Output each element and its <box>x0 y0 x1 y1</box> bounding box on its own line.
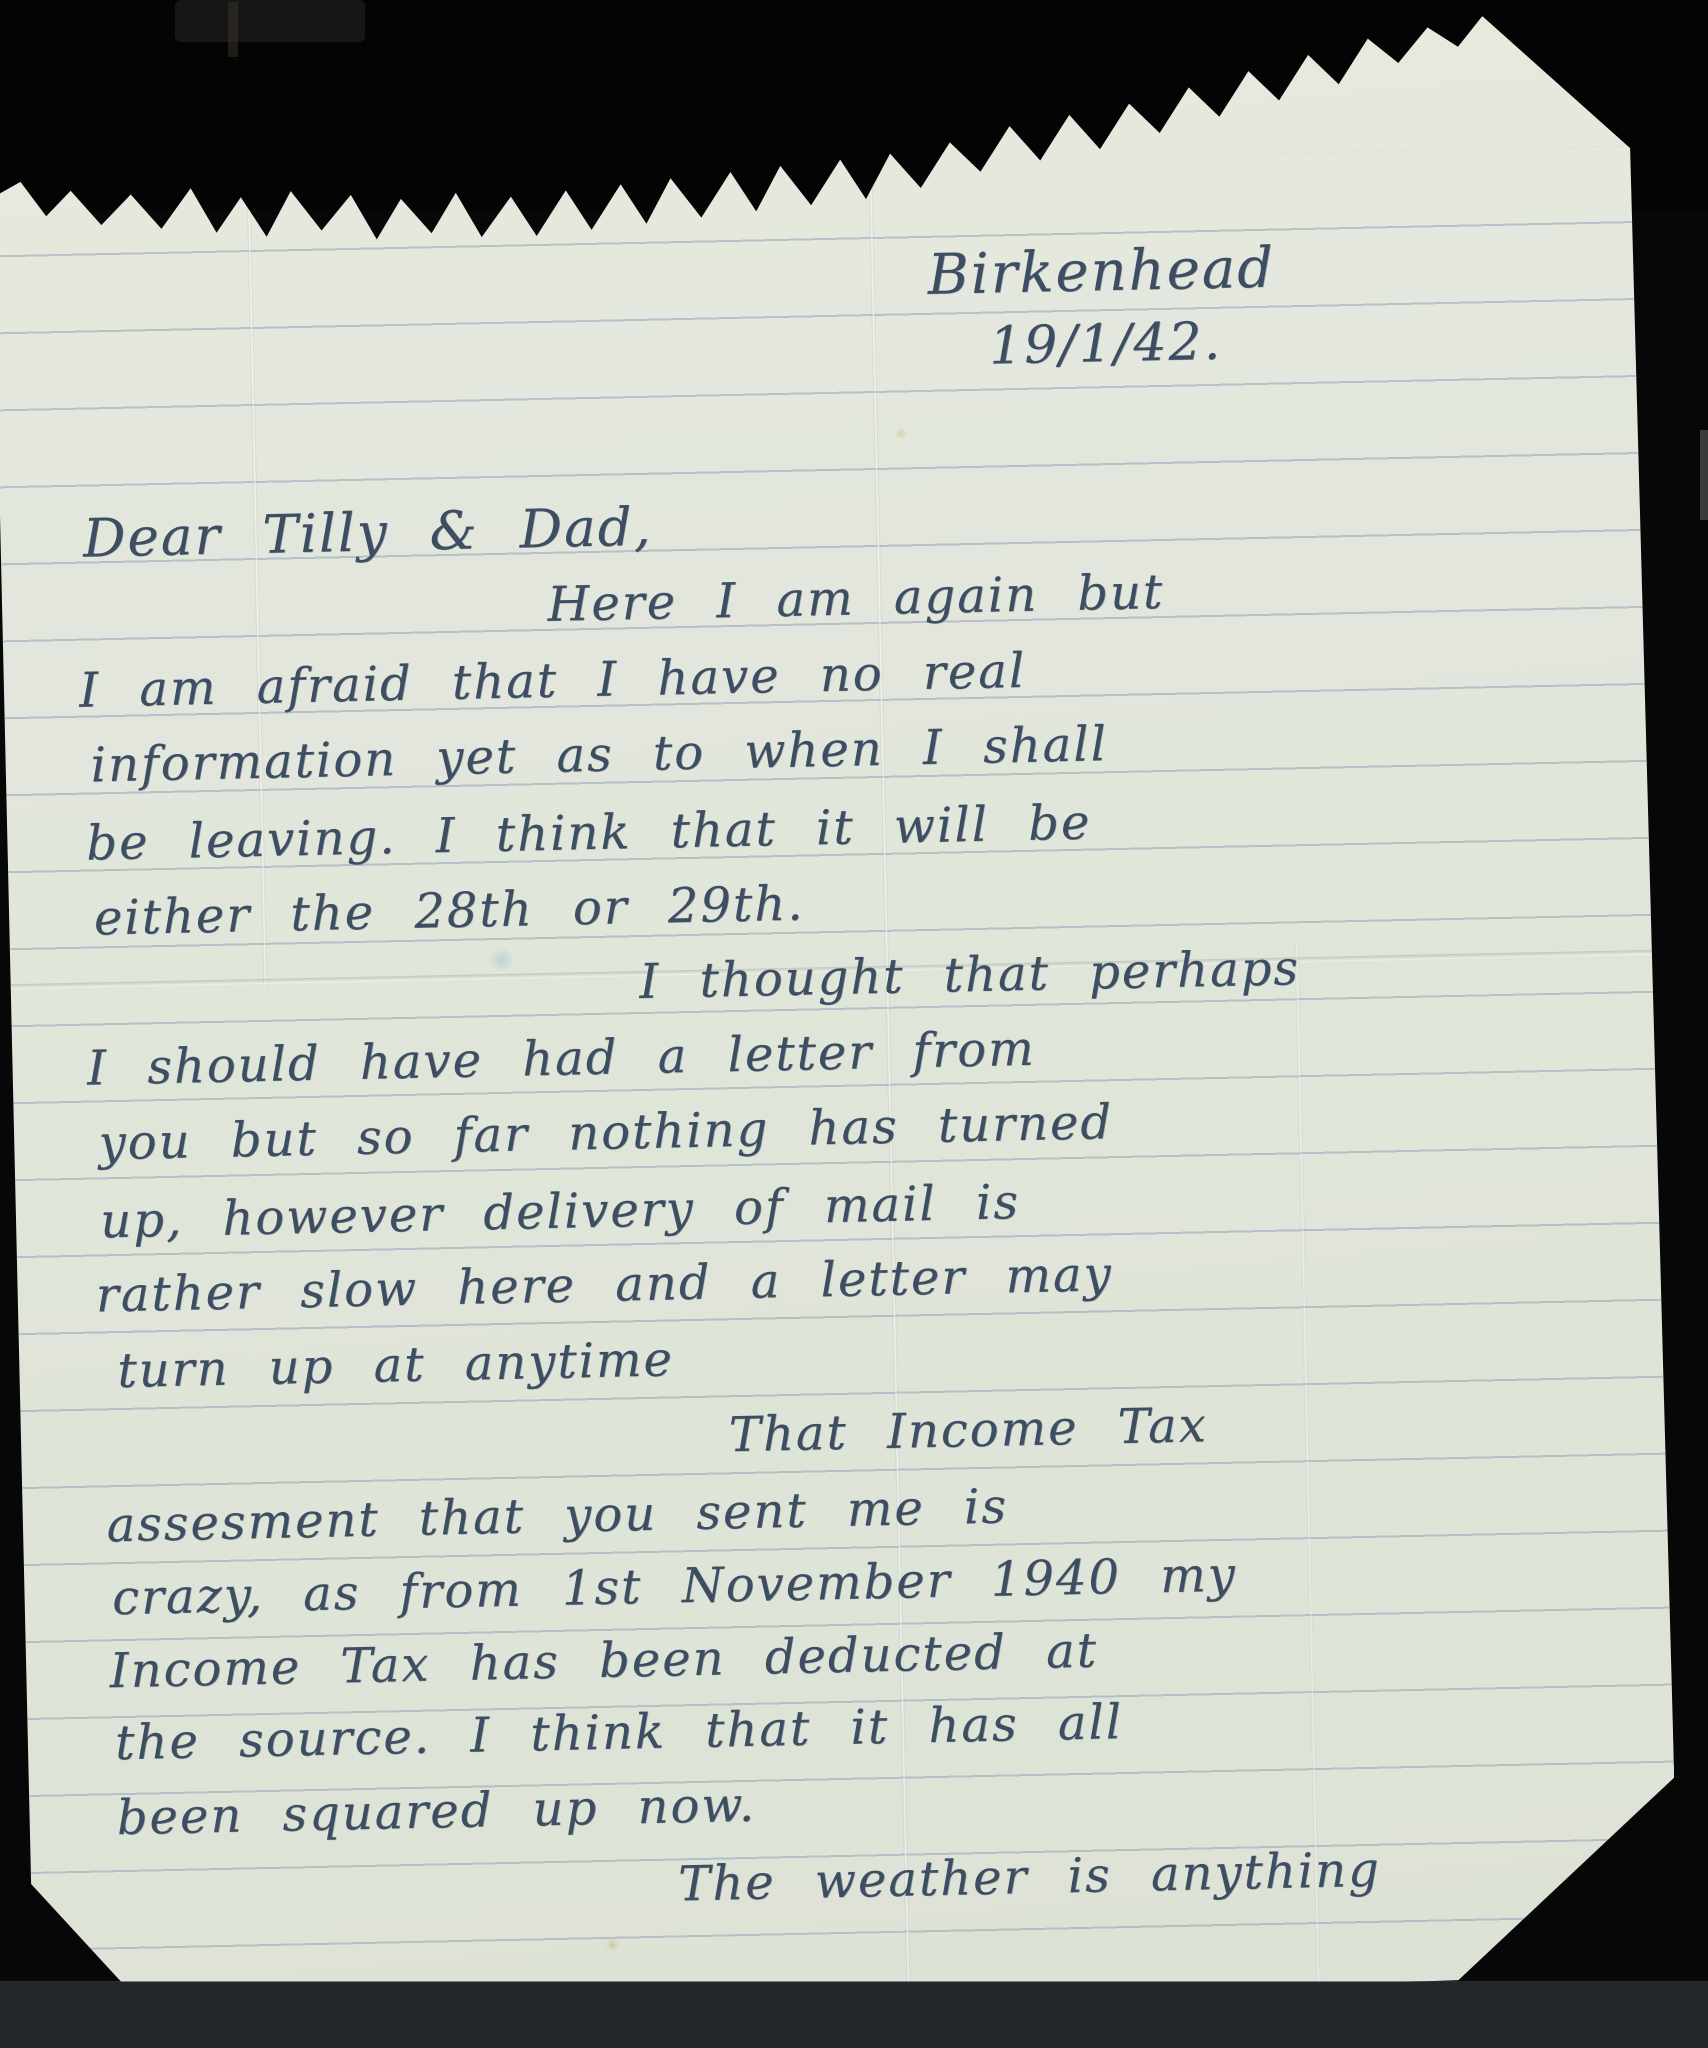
letter-salutation: Dear Tilly & Dad, <box>82 497 653 570</box>
letter-date: 19/1/42. <box>988 312 1222 377</box>
scanner-glint <box>228 2 238 57</box>
scanner-background-bottom <box>0 1982 1708 2048</box>
letter-page: Birkenhead 19/1/42. Dear Tilly & Dad, He… <box>0 0 1679 2024</box>
letter-line: turn up at anytime <box>117 1331 675 1399</box>
scanned-letter-scene: Birkenhead 19/1/42. Dear Tilly & Dad, He… <box>0 0 1708 2048</box>
letter-place: Birkenhead <box>927 236 1276 308</box>
scanner-edge-sliver <box>1700 430 1708 520</box>
scanner-edge-object <box>175 0 365 42</box>
letter-line: That Income Tax <box>728 1397 1208 1463</box>
